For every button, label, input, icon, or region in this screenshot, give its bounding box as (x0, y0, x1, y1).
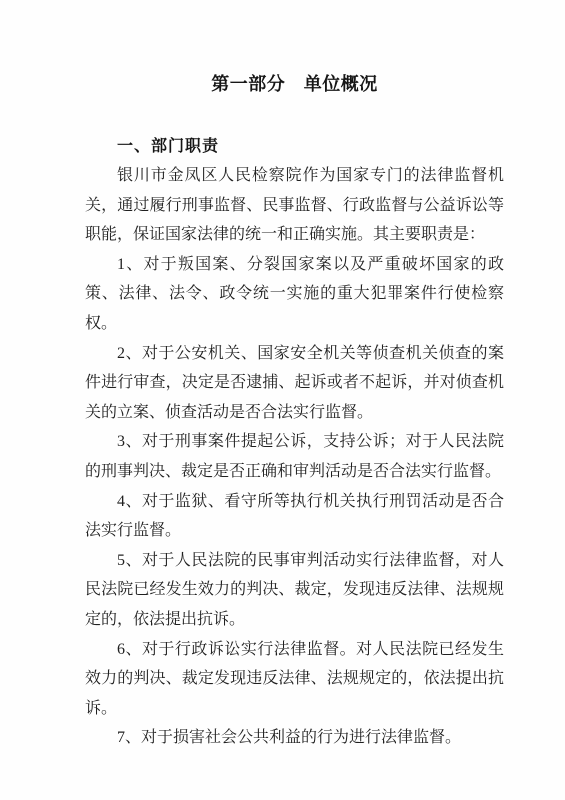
paragraph: 3、对于刑事案件提起公诉，支持公诉；对于人民法院的刑事判决、裁定是否正确和审判活… (85, 427, 504, 486)
document-page: 第一部分 单位概况 一、部门职责 银川市金凤区人民检察院作为国家专门的法律监督机… (0, 0, 565, 800)
document-body: 银川市金凤区人民检察院作为国家专门的法律监督机关，通过履行刑事监督、民事监督、行… (85, 161, 504, 753)
paragraph: 6、对于行政诉讼实行法律监督。对人民法院已经发生效力的判决、裁定发现违反法律、法… (85, 635, 504, 724)
paragraph: 7、对于损害社会公共利益的行为进行法律监督。 (85, 723, 504, 753)
document-title: 第一部分 单位概况 (85, 71, 504, 97)
paragraph: 2、对于公安机关、国家安全机关等侦查机关侦查的案件进行审查，决定是否逮捕、起诉或… (85, 339, 504, 428)
paragraph: 1、对于叛国案、分裂国家案以及严重破坏国家的政策、法律、法令、政令统一实施的重大… (85, 250, 504, 339)
section-heading: 一、部门职责 (85, 136, 504, 158)
paragraph: 银川市金凤区人民检察院作为国家专门的法律监督机关，通过履行刑事监督、民事监督、行… (85, 161, 504, 250)
paragraph: 5、对于人民法院的民事审判活动实行法律监督，对人民法院已经发生效力的判决、裁定，… (85, 546, 504, 635)
paragraph: 4、对于监狱、看守所等执行机关执行刑罚活动是否合法实行监督。 (85, 487, 504, 546)
